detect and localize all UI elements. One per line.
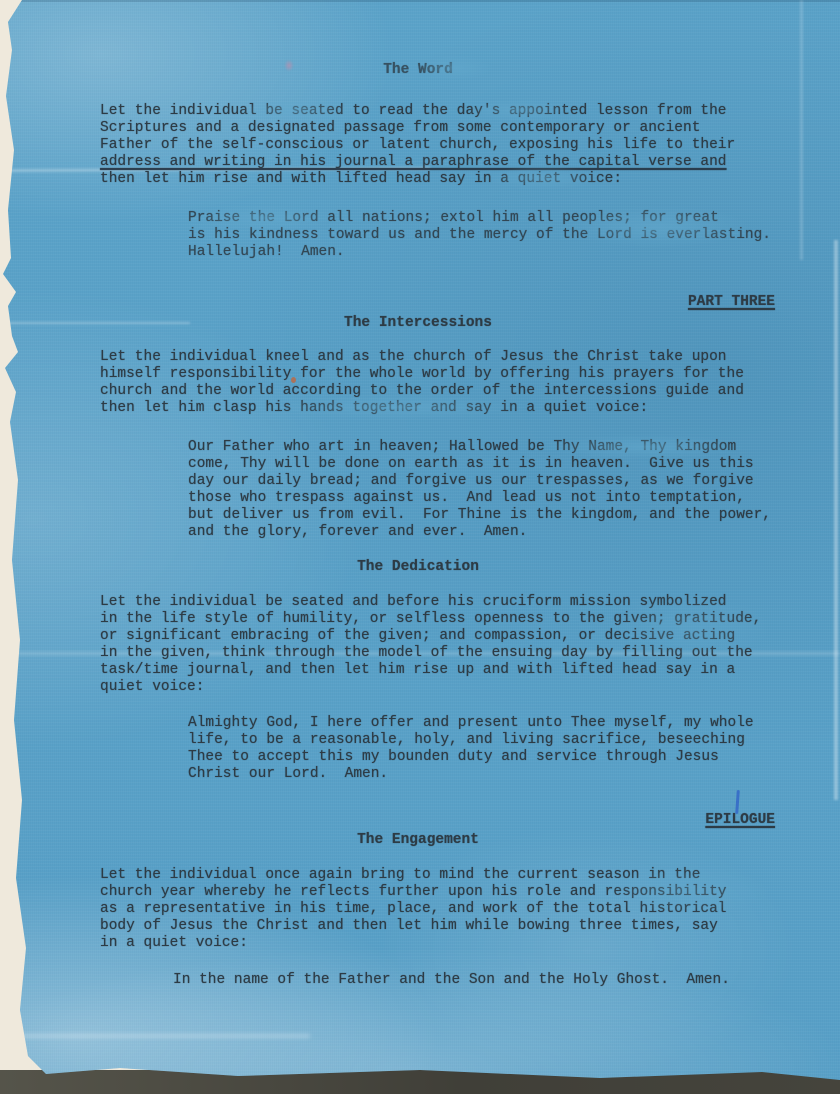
rubric-the-intercessions: Let the individual kneel and as the chur… — [100, 349, 744, 417]
rubric-the-engagement: Let the individual once again bring to m… — [100, 867, 727, 952]
text-line: Scriptures and a designated passage from… — [100, 120, 735, 137]
text-line: church and the world according to the or… — [100, 383, 744, 400]
text-line: those who trespass against us. And lead … — [188, 490, 771, 507]
text-line: Father of the self-conscious or latent c… — [100, 137, 735, 154]
crease-line — [0, 1034, 310, 1038]
scan-top-edge — [0, 0, 840, 2]
text-line: Christ our Lord. Amen. — [188, 766, 754, 783]
rubric-the-word: Let the individual be seated to read the… — [100, 103, 735, 188]
text-line: task/time journal, and then let him rise… — [100, 662, 761, 679]
text-line: Let the individual be seated to read the… — [100, 103, 735, 120]
label-epilogue: EPILOGUE — [705, 812, 775, 829]
text-line: Let the individual be seated and before … — [100, 594, 761, 611]
text-line: quiet voice: — [100, 679, 761, 696]
text-line: then let him rise and with lifted head s… — [100, 171, 735, 188]
text-line: body of Jesus the Christ and then let hi… — [100, 918, 727, 935]
text-line: is his kindness toward us and the mercy … — [188, 227, 771, 244]
closing-line-trinity: In the name of the Father and the Son an… — [173, 972, 730, 989]
text-line: himself responsibility for the whole wor… — [100, 366, 744, 383]
prayer-almighty-god: Almighty God, I here offer and present u… — [188, 715, 754, 783]
label-text: EPILOGUE — [705, 812, 775, 828]
text-line-underlined: address and writing in his journal a par… — [100, 154, 735, 171]
text-line: in the given, think through the model of… — [100, 645, 761, 662]
heading-the-word: The Word — [60, 62, 776, 79]
text-line: then let him clasp his hands together an… — [100, 400, 744, 417]
heading-text: The Engagement — [357, 832, 479, 848]
text-line: or significant embracing of the given; a… — [100, 628, 761, 645]
text-line: Almighty God, I here offer and present u… — [188, 715, 754, 732]
text-line: Our Father who art in heaven; Hallowed b… — [188, 439, 771, 456]
heading-the-dedication: The Dedication — [60, 559, 776, 576]
heading-text: The Intercessions — [344, 315, 492, 331]
crease-line — [834, 240, 838, 800]
text-line: Let the individual kneel and as the chur… — [100, 349, 744, 366]
prayer-praise-the-lord: Praise the Lord all nations; extol him a… — [188, 210, 771, 261]
text-line: Hallelujah! Amen. — [188, 244, 771, 261]
text-line: life, to be a reasonable, holy, and livi… — [188, 732, 754, 749]
text-line: in a quiet voice: — [100, 935, 727, 952]
text-line: Let the individual once again bring to m… — [100, 867, 727, 884]
text-line: day our daily bread; and forgive us our … — [188, 473, 771, 490]
text-line: as a representative in his time, place, … — [100, 901, 727, 918]
heading-text: The Dedication — [357, 559, 479, 575]
heading-the-engagement: The Engagement — [60, 832, 776, 849]
rubric-the-dedication: Let the individual be seated and before … — [100, 594, 761, 696]
crease-line — [800, 0, 803, 260]
text-line: and the glory, forever and ever. Amen. — [188, 524, 771, 541]
text-line: come, Thy will be done on earth as it is… — [188, 456, 771, 473]
paper-sheet: The Word Let the individual be seated to… — [0, 0, 840, 1080]
text-line: in the life style of humility, or selfle… — [100, 611, 761, 628]
label-part-three: PART THREE — [688, 294, 775, 311]
heading-the-intercessions: The Intercessions — [60, 315, 776, 332]
text-line: In the name of the Father and the Son an… — [173, 972, 730, 989]
blue-pen-mark — [735, 790, 740, 814]
text-line: but deliver us from evil. For Thine is t… — [188, 507, 771, 524]
heading-text: The Word — [383, 62, 453, 78]
prayer-our-father: Our Father who art in heaven; Hallowed b… — [188, 439, 771, 541]
text-line: Praise the Lord all nations; extol him a… — [188, 210, 771, 227]
label-text: PART THREE — [688, 294, 775, 310]
text-line: Thee to accept this my bounden duty and … — [188, 749, 754, 766]
scanned-page: The Word Let the individual be seated to… — [0, 0, 840, 1094]
text-line: church year whereby he reflects further … — [100, 884, 727, 901]
